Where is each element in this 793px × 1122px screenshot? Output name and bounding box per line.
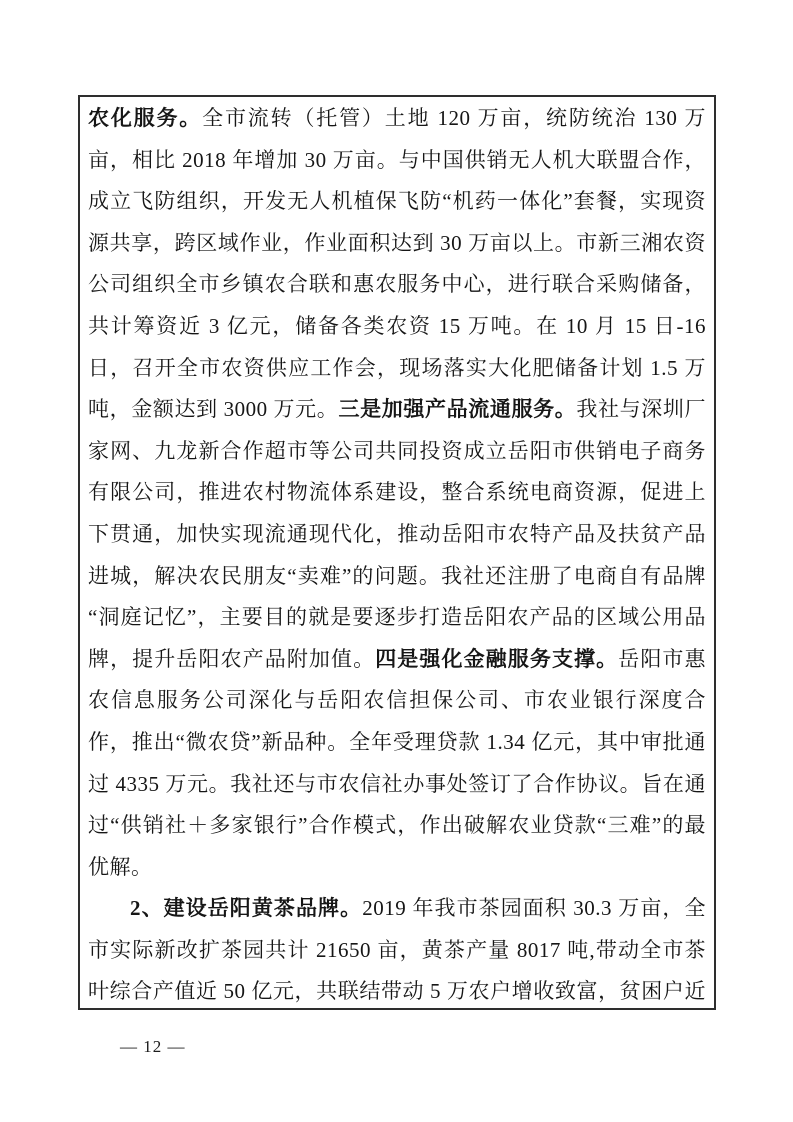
document-body: 农化服务。全市流转（托管）土地 120 万亩，统防统治 130 万亩，相比 20… xyxy=(88,98,706,1010)
document-page: 农化服务。全市流转（托管）土地 120 万亩，统防统治 130 万亩，相比 20… xyxy=(0,0,793,1122)
paragraph: 2、建设岳阳黄茶品牌。2019 年我市茶园面积 30.3 万亩，全市实际新改扩茶… xyxy=(88,888,706,1010)
bold-run: 农化服务。 xyxy=(88,106,202,130)
bold-run: 三是加强产品流通服务。 xyxy=(338,397,576,421)
bold-run: 四是强化金融服务支撑。 xyxy=(375,647,618,671)
text-frame: 农化服务。全市流转（托管）土地 120 万亩，统防统治 130 万亩，相比 20… xyxy=(78,95,716,1010)
text-run: 岳阳市惠农信息服务公司深化与岳阳农信担保公司、市农业银行深度合作，推出“微农贷”… xyxy=(88,647,706,879)
paragraph: 农化服务。全市流转（托管）土地 120 万亩，统防统治 130 万亩，相比 20… xyxy=(88,98,706,888)
text-run: 全市流转（托管）土地 120 万亩，统防统治 130 万亩，相比 2018 年增… xyxy=(88,106,706,421)
page-number: — 12 — xyxy=(120,1036,186,1058)
bold-run: 2、建设岳阳黄茶品牌。 xyxy=(130,896,362,920)
text-run: 我社与深圳厂家网、九龙新合作超市等公司共同投资成立岳阳市供销电子商务有限公司，推… xyxy=(88,397,706,671)
